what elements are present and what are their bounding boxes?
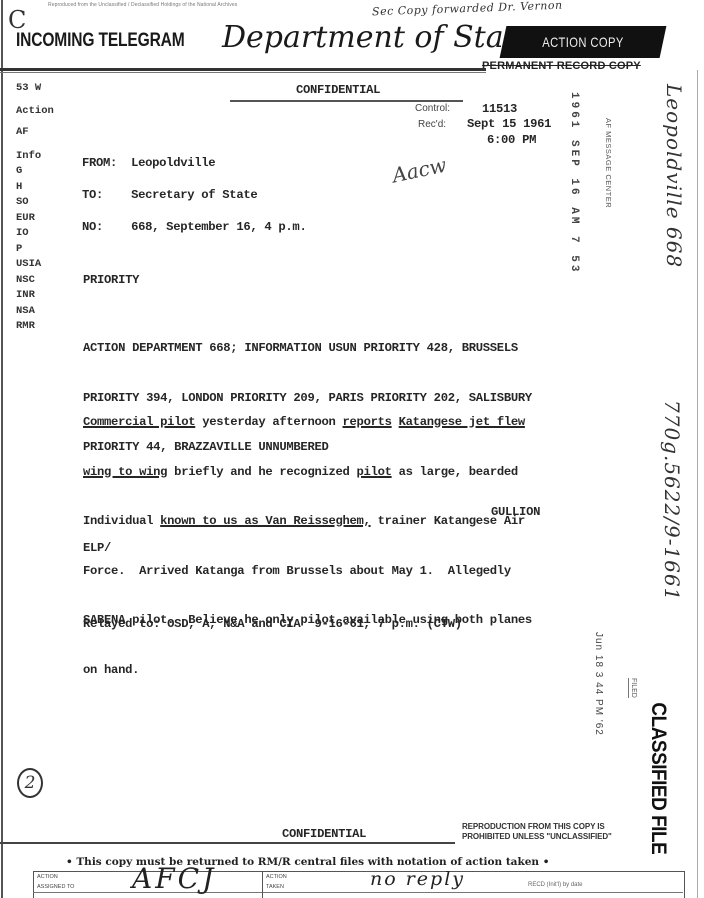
received-stamp: 1961 SEP 16 AM 7 53 xyxy=(568,92,580,274)
body-text: yesterday afternoon xyxy=(195,415,342,429)
taken-label: TAKEN xyxy=(266,884,284,890)
action-box-rule xyxy=(33,892,683,893)
received-label: Rec'd: xyxy=(418,119,446,130)
body-line: wing to wing briefly and he recognized p… xyxy=(83,464,532,481)
department-title: Department of State xyxy=(222,20,533,55)
routing-item: 53 W xyxy=(16,82,54,96)
assigned-to-label: ASSIGNED TO xyxy=(37,884,74,890)
classified-file-stamp: CLASSIFIED FILE xyxy=(646,702,670,854)
no-value: 668, September 16, 4 p.m. xyxy=(131,220,306,234)
action-taken-label: ACTION xyxy=(266,874,287,880)
handwritten-note-top: Sec Copy forwarded Dr. Vernon xyxy=(372,0,563,18)
to-label: TO: xyxy=(82,188,103,202)
left-margin-rule xyxy=(1,0,3,898)
no-label: NO: xyxy=(82,220,103,234)
action-box-divider xyxy=(262,871,263,898)
routing-item: EUR xyxy=(16,212,54,226)
routing-item: Info xyxy=(16,150,54,164)
action-copy-banner: ACTION COPY xyxy=(500,26,667,58)
from-value: Leopoldville xyxy=(131,156,215,170)
message-center-stamp: AF MESSAGE CENTER xyxy=(604,118,613,208)
handwritten-margin-top: Leopoldville 668 xyxy=(662,84,686,268)
routing-item: Action xyxy=(16,105,54,119)
handwritten-file-number: 770g.5622/9-1661 xyxy=(660,400,684,601)
underlined-phrase: Commercial pilot xyxy=(83,415,195,429)
precedence: PRIORITY xyxy=(83,273,139,287)
control-label: Control: xyxy=(415,103,450,114)
body-line: Force. Arrived Katanga from Brussels abo… xyxy=(83,563,532,580)
classification-top: CONFIDENTIAL xyxy=(296,83,380,97)
routing-item: IO xyxy=(16,227,54,241)
assigned-to-value: AFCJ xyxy=(132,862,216,895)
drafter-initials: ELP/ xyxy=(83,541,111,555)
reproduction-warning-line: PROHIBITED UNLESS "UNCLASSIFIED" xyxy=(462,832,612,842)
to-value: Secretary of State xyxy=(131,188,257,202)
routing-item: NSA xyxy=(16,305,54,319)
body-line: Commercial pilot yesterday afternoon rep… xyxy=(83,414,532,431)
handwritten-action-mark: Aacw xyxy=(390,153,448,188)
body-text: as large, bearded xyxy=(392,465,518,479)
routing-item: USIA xyxy=(16,258,54,272)
from-line: FROM: Leopoldville xyxy=(82,156,215,170)
number-line: NO: 668, September 16, 4 p.m. xyxy=(82,220,306,234)
action-box xyxy=(33,871,685,898)
from-label: FROM: xyxy=(82,156,117,170)
underlined-phrase: wing to wing xyxy=(83,465,167,479)
incoming-telegram-title: INCOMING TELEGRAM xyxy=(16,30,185,52)
routing-item: H xyxy=(16,181,54,195)
header-rule xyxy=(0,68,486,71)
reproduction-warning: REPRODUCTION FROM THIS COPY IS PROHIBITE… xyxy=(462,822,612,841)
header-rule-thin xyxy=(0,72,486,73)
body-text: Individual xyxy=(83,514,160,528)
signature: GULLION xyxy=(491,505,540,519)
body-text: briefly and he recognized xyxy=(167,465,356,479)
received-time: 6:00 PM xyxy=(487,133,536,147)
relayed-line: Relayed to: OSD, A, N&A and CIA 9-16-61,… xyxy=(83,617,462,631)
routing-item: AF xyxy=(16,126,54,140)
date-stamp: Jun 18 3 44 PM '62 xyxy=(593,632,604,736)
message-body: Commercial pilot yesterday afternoon rep… xyxy=(83,381,532,695)
body-text xyxy=(392,415,399,429)
action-taken-value: no reply xyxy=(370,868,465,890)
routing-item: SO xyxy=(16,196,54,210)
reproduction-notice: Reproduced from the Unclassified / Decla… xyxy=(48,2,237,8)
distribution-line: ACTION DEPARTMENT 668; INFORMATION USUN … xyxy=(83,340,532,357)
routing-item: P xyxy=(16,243,54,257)
permanent-record-label: PERMANENT RECORD COPY xyxy=(482,60,641,72)
filed-stamp: FILED xyxy=(628,678,637,698)
routing-item: INR xyxy=(16,289,54,303)
received-date: Sept 15 1961 xyxy=(467,117,551,131)
to-line: TO: Secretary of State xyxy=(82,188,257,202)
received-for-label: RECD (Init'l) by date xyxy=(528,882,583,888)
routing-list: 53 WActionAFInfoGHSOEURIOPUSIANSCINRNSAR… xyxy=(16,82,54,334)
underlined-phrase: known to us as Van Reisseghem, xyxy=(160,514,370,528)
body-line: Individual known to us as Van Reisseghem… xyxy=(83,513,532,530)
action-copy-label: ACTION COPY xyxy=(542,34,624,50)
underlined-phrase: reports xyxy=(343,415,392,429)
reproduction-warning-line: REPRODUCTION FROM THIS COPY IS xyxy=(462,822,612,832)
body-line: on hand. xyxy=(83,662,532,679)
classification-bottom: CONFIDENTIAL xyxy=(282,827,366,841)
routing-item: RMR xyxy=(16,320,54,334)
underlined-phrase: pilot xyxy=(357,465,392,479)
classification-bottom-rule xyxy=(0,842,455,844)
routing-item: G xyxy=(16,165,54,179)
right-margin-rule xyxy=(697,70,698,898)
underlined-phrase: Katangese jet flew xyxy=(399,415,525,429)
routing-item: NSC xyxy=(16,274,54,288)
control-number: 11513 xyxy=(482,102,517,116)
action-label: ACTION xyxy=(37,874,58,880)
circled-number: 2 xyxy=(17,768,43,798)
classification-rule xyxy=(230,100,463,102)
